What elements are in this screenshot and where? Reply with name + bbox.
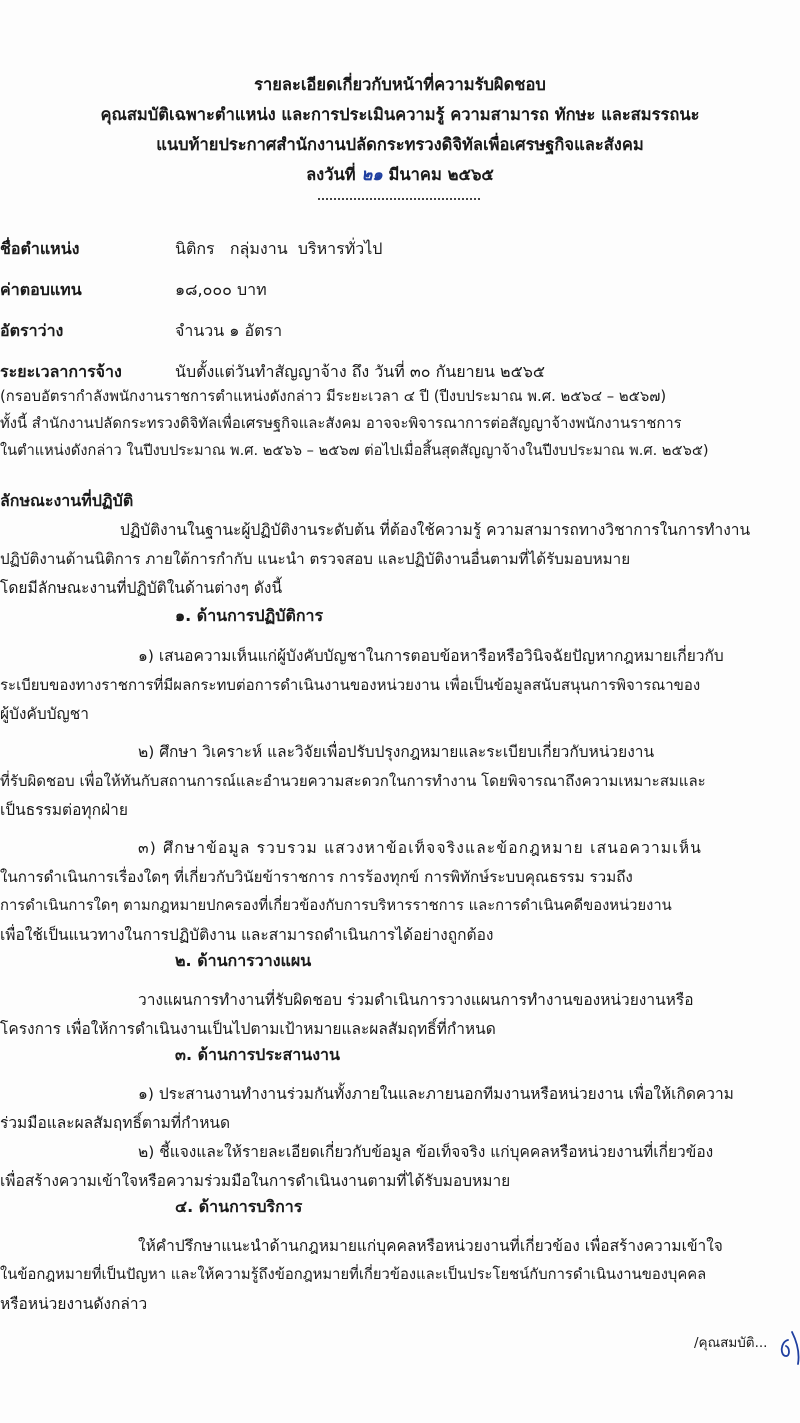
ops-item-2-line-1: ๒) ศึกษา วิเคราะห์ และวิจัยเพื่อปรับปรุง… [138,741,654,763]
ops-item-1-line-1: ๑) เสนอความเห็นแก่ผู้บังคับบัญชาในการตอบ… [138,645,724,667]
coord-item-2-line-1: ๒) ชี้แจงและให้รายละเอียดเกี่ยวกับข้อมูล… [138,1141,713,1163]
job-nature-heading: ลักษณะงานที่ปฏิบัติ [0,490,133,512]
job-intro-line-2: ปฏิบัติงานด้านนิติการ ภายใต้การกำกับ แนะ… [0,548,630,570]
coord-item-1-line-1: ๑) ประสานงานทำงานร่วมกันทั้งภายในและภายน… [138,1083,734,1105]
title-line-2: คุณสมบัติเฉพาะตำแหน่ง และการประเมินความร… [0,100,800,130]
section-service-title: ๔. ด้านการบริการ [175,1196,302,1218]
ops-item-3-line-4: เพื่อใช้เป็นแนวทางในการปฏิบัติงาน และสาม… [0,924,493,946]
field-label: ค่าตอบแทน [0,279,82,301]
date-month-year: มีนาคม ๒๕๖๕ [389,165,494,184]
field-label: ชื่อตำแหน่ง [0,238,79,260]
section-operations-title: ๑. ด้านการปฏิบัติการ [175,605,323,627]
section-planning-title: ๒. ด้านการวางแผน [175,950,311,972]
ops-item-3-line-2: ในการดำเนินการเรื่องใดๆ ที่เกี่ยวกับวินั… [0,866,633,888]
field-value: จำนวน ๑ อัตรา [175,320,282,342]
title-line-3: แนบท้ายประกาศสำนักงานปลัดกระทรวงดิจิทัลเ… [0,130,800,160]
field-value: นิติกร กลุ่มงาน บริหารทั่วไป [175,238,382,260]
term-note-line-3: ในตำแหน่งดังกล่าว ในปีงบประมาณ พ.ศ. ๒๕๖๖… [0,440,709,462]
field-value: นับตั้งแต่วันทำสัญญาจ้าง ถึง วันที่ ๓๐ ก… [175,361,545,383]
planning-line-1: วางแผนการทำงานที่รับผิดชอบ ร่วมดำเนินการ… [138,989,694,1011]
announcement-date: ลงวันที่ ๒๑ มีนาคม ๒๕๖๕ [0,160,800,190]
term-note-line-2: ทั้งนี้ สำนักงานปลัดกระทรวงดิจิทัลเพื่อเ… [0,413,682,435]
job-intro-line-1: ปฏิบัติงานในฐานะผู้ปฏิบัติงานระดับต้น ที… [120,519,750,541]
ops-item-1-line-2: ระเบียบของทางราชการที่มีผลกระทบต่อการดำเ… [0,674,700,696]
ops-item-3-line-1: ๓) ศึกษาข้อมูล รวบรวม แสวงหาข้อเท็จจริงแ… [138,837,702,859]
ops-item-2-line-2: ที่รับผิดชอบ เพื่อให้ทันกับสถานการณ์และอ… [0,770,706,792]
service-line-1: ให้คำปรึกษาแนะนำด้านกฎหมายแก่บุคคลหรือหน… [138,1235,723,1257]
section-coordination-title: ๓. ด้านการประสานงาน [175,1044,340,1066]
service-line-2: ในข้อกฎหมายที่เป็นปัญหา และให้ความรู้ถึง… [0,1264,706,1286]
term-note-line-1: (กรอบอัตรากำลังพนักงานราชการตำแหน่งดังกล… [0,386,666,408]
continued-on-next-page: /คุณสมบัติ... [694,1331,767,1353]
coord-item-1-line-2: ร่วมมือและผลสัมฤทธิ์ตามที่กำหนด [0,1112,230,1134]
coord-item-2-line-2: เพื่อสร้างความเข้าใจหรือความร่วมมือในการ… [0,1170,510,1192]
job-intro-line-3: โดยมีลักษณะงานที่ปฏิบัติในด้านต่างๆ ดังน… [0,577,282,599]
ops-item-3-line-3: การดำเนินการใดๆ ตามกฎหมายปกครองที่เกี่ยว… [0,895,672,917]
field-label: ระยะเวลาการจ้าง [0,361,122,383]
field-value: ๑๘,๐๐๐ บาท [175,279,267,301]
ops-item-1-line-3: ผู้บังคับบัญชา [0,703,89,725]
date-prefix: ลงวันที่ [306,165,356,184]
service-line-3: หรือหน่วยงานดังกล่าว [0,1293,147,1315]
title-line-1: รายละเอียดเกี่ยวกับหน้าที่ความรับผิดชอบ [0,70,800,100]
document-page: รายละเอียดเกี่ยวกับหน้าที่ความรับผิดชอบ … [0,0,800,1423]
date-day-handwritten: ๒๑ [361,165,382,184]
field-label: อัตราว่าง [0,320,63,342]
planning-line-2: โครงการ เพื่อให้การดำเนินงานเป็นไปตามเป้… [0,1018,496,1040]
dotted-divider [318,198,480,200]
document-title-block: รายละเอียดเกี่ยวกับหน้าที่ความรับผิดชอบ … [0,70,800,190]
signature-initials-icon [778,1326,800,1366]
ops-item-2-line-3: เป็นธรรมต่อทุกฝ่าย [0,799,128,821]
